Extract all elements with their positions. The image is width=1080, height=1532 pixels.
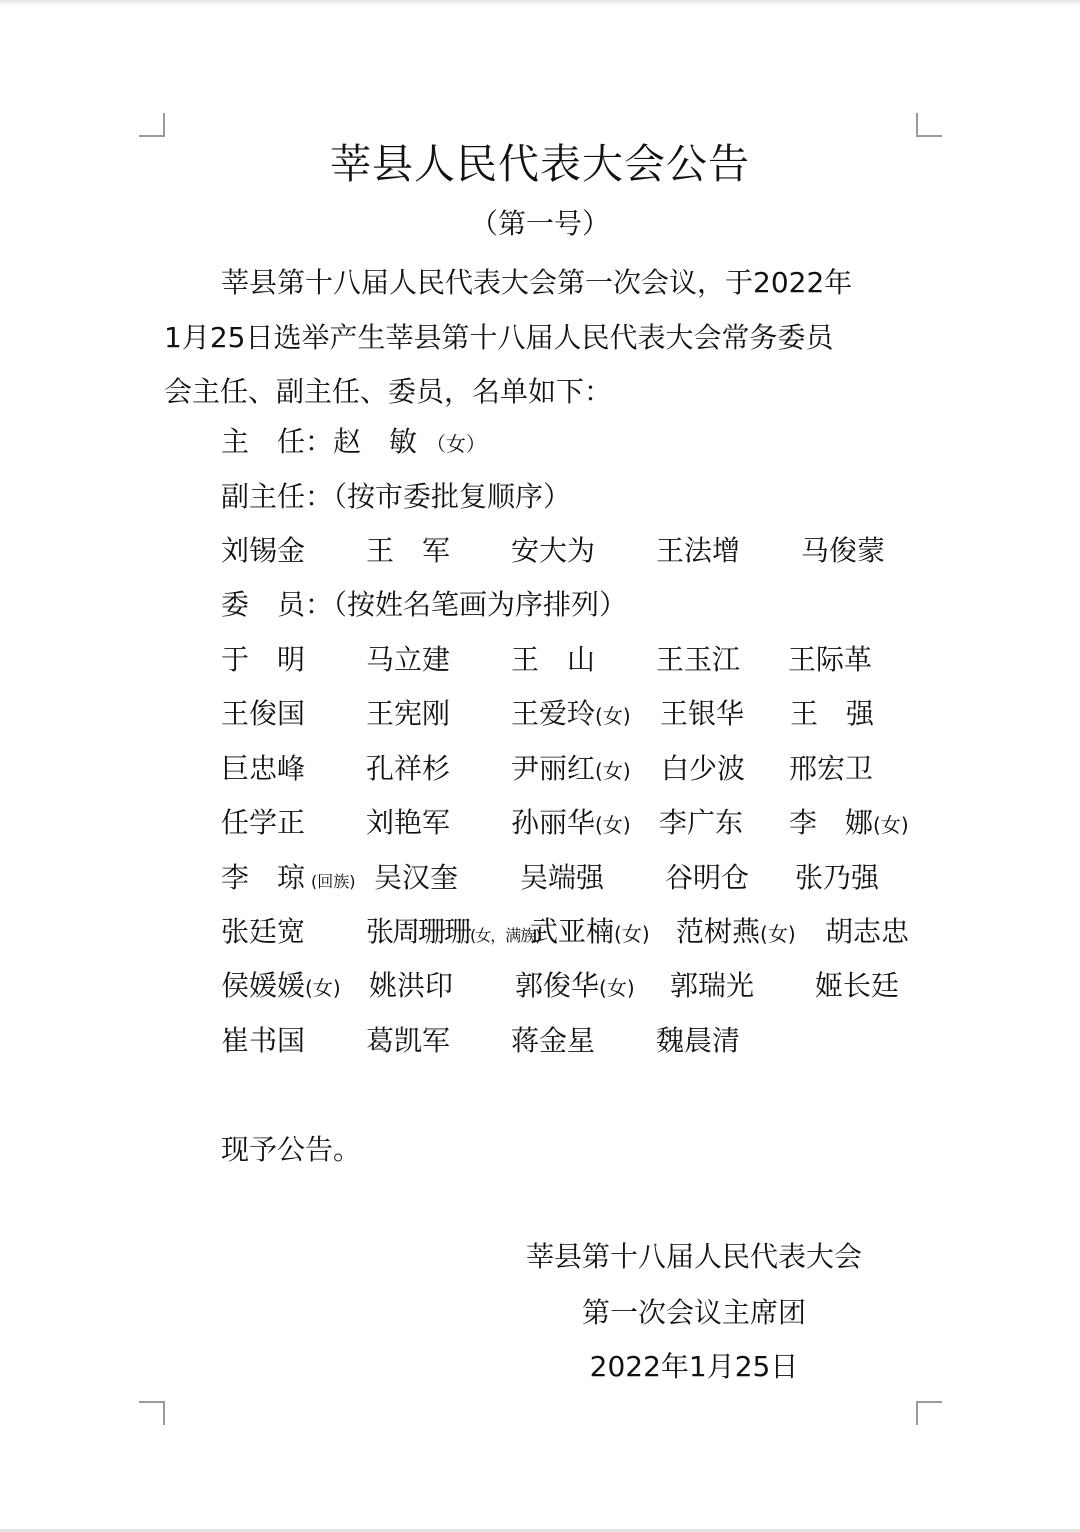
members-row: 任学正 刘艳军 孙丽华(女) 李广东 李 娜(女) (221, 803, 941, 843)
members-row: 李 琼(回族) 吴汉奎 吴端强 谷明仓 张乃强 (221, 858, 941, 898)
members-label: 委 员： (221, 588, 333, 621)
member-entry: 张廷宽 (221, 912, 305, 952)
deputy-directors-list: 刘锡金 王 军 安大为 王法增 马俊蒙 (221, 531, 921, 571)
member-entry: 王俊国 (221, 694, 305, 734)
deputy-name: 安大为 (511, 531, 595, 571)
member-entry: 姬长廷 (815, 966, 899, 1006)
member-entry: 任学正 (221, 803, 305, 843)
member-entry: 李 琼(回族) (221, 858, 356, 902)
member-entry: 武亚楠(女) (530, 912, 650, 954)
member-entry: 马立建 (366, 640, 450, 680)
intro-line-3: 会主任、副主任、委员，名单如下： (164, 365, 884, 420)
members-row: 王俊国 王宪刚 王爱玲(女) 王银华 王 强 (221, 694, 941, 734)
crop-mark-bottom-left (139, 1401, 165, 1425)
member-entry: 王 强 (790, 694, 874, 734)
member-entry: 王玉江 (656, 640, 740, 680)
member-entry: 张周珊珊(女，满族) (366, 912, 541, 956)
member-entry: 孔祥杉 (366, 749, 450, 789)
member-entry: 吴端强 (520, 858, 604, 898)
director-name: 赵 敏 (333, 425, 417, 458)
member-entry: 胡志忠 (825, 912, 909, 952)
member-entry: 李广东 (659, 803, 743, 843)
member-entry: 魏晨清 (656, 1021, 740, 1061)
deputy-order-note: （按市委批复顺序） (333, 480, 571, 513)
member-entry: 吴汉奎 (374, 858, 458, 898)
director-note: （女） (426, 432, 486, 456)
member-entry: 刘艳军 (366, 803, 450, 843)
member-entry: 郭俊华(女) (515, 966, 635, 1008)
signature-date: 2022年1月25日 (494, 1347, 894, 1387)
member-entry: 孙丽华(女) (511, 803, 631, 845)
members-row: 崔书国 葛凯军 蒋金星 魏晨清 (221, 1021, 941, 1061)
member-entry: 范树燕(女) (676, 912, 796, 954)
member-entry: 王爱玲(女) (511, 694, 631, 736)
deputy-label: 副主任： (221, 480, 333, 513)
member-entry: 蒋金星 (511, 1021, 595, 1061)
member-entry: 于 明 (221, 640, 305, 680)
deputy-name: 王 军 (366, 531, 450, 571)
member-entry: 尹丽红(女) (511, 749, 631, 791)
members-row: 侯媛媛(女) 姚洪印 郭俊华(女) 郭瑞光 姬长廷 (221, 966, 941, 1006)
member-entry: 郭瑞光 (670, 966, 754, 1006)
top-edge-shadow (0, 0, 1080, 6)
director-label: 主 任： (221, 425, 333, 458)
members-order-note: （按姓名笔画为序排列） (333, 588, 627, 621)
member-entry: 王际革 (788, 640, 872, 680)
document-number: （第一号） (0, 204, 1080, 244)
member-entry: 葛凯军 (366, 1021, 450, 1061)
member-entry: 邢宏卫 (789, 749, 873, 789)
member-entry: 王 山 (511, 640, 595, 680)
intro-line-2: 1月25日选举产生莘县第十八届人民代表大会常务委员 (164, 311, 884, 366)
member-entry: 姚洪印 (369, 966, 453, 1006)
member-entry: 侯媛媛(女) (221, 966, 341, 1008)
signature-presidium: 第一次会议主席团 (494, 1293, 894, 1333)
intro-paragraph: 莘县第十八届人民代表大会第一次会议，于2022年 1月25日选举产生莘县第十八届… (164, 256, 884, 420)
member-entry: 谷明仓 (665, 858, 749, 898)
members-row: 于 明 马立建 王 山 王玉江 王际革 (221, 640, 941, 680)
crop-mark-bottom-right (916, 1401, 942, 1425)
intro-line-1: 莘县第十八届人民代表大会第一次会议，于2022年 (164, 256, 884, 311)
members-row: 巨忠峰 孔祥杉 尹丽红(女) 白少波 邢宏卫 (221, 749, 941, 789)
member-entry: 李 娜(女) (789, 803, 909, 845)
deputy-name: 刘锡金 (221, 531, 305, 571)
deputy-directors-heading: 副主任：（按市委批复顺序） (221, 477, 571, 517)
deputy-name: 王法增 (656, 531, 740, 571)
signature-organization: 莘县第十八届人民代表大会 (494, 1237, 894, 1277)
crop-mark-top-left (139, 113, 165, 137)
member-entry: 王宪刚 (366, 694, 450, 734)
member-entry: 崔书国 (221, 1021, 305, 1061)
document-title: 莘县人民代表大会公告 (0, 136, 1080, 192)
director-line: 主 任：赵 敏 （女） (221, 422, 486, 464)
members-row: 张廷宽 张周珊珊(女，满族) 武亚楠(女) 范树燕(女) 胡志忠 (221, 912, 941, 952)
member-entry: 巨忠峰 (221, 749, 305, 789)
crop-mark-top-right (916, 113, 942, 137)
member-entry: 王银华 (660, 694, 744, 734)
closing-statement: 现予公告。 (221, 1130, 361, 1170)
member-entry: 张乃强 (795, 858, 879, 898)
members-heading: 委 员：（按姓名笔画为序排列） (221, 585, 627, 625)
member-entry: 白少波 (661, 749, 745, 789)
deputy-name: 马俊蒙 (801, 531, 885, 571)
